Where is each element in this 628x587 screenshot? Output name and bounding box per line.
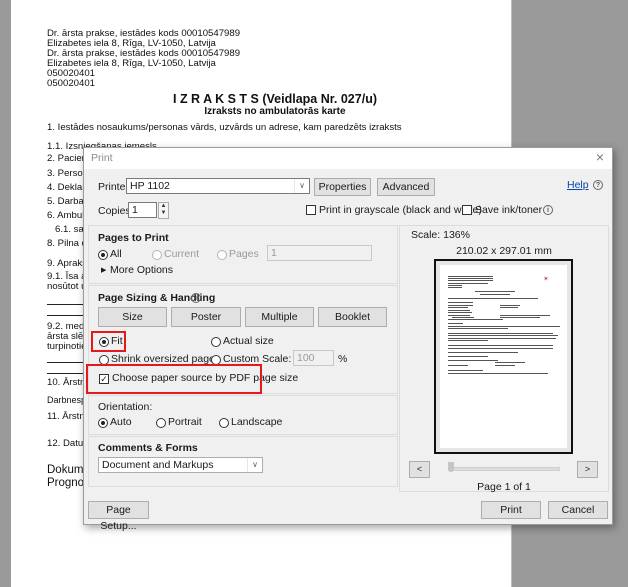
save-ink-checkbox[interactable] [462, 205, 472, 215]
more-options-toggle[interactable]: More Options [110, 264, 173, 277]
orientation-group: Orientation: Auto Portrait Landscape [88, 395, 398, 435]
preview-text-line [448, 298, 538, 299]
chevron-down-icon: ∨ [247, 458, 262, 472]
preview-text-line [448, 283, 488, 284]
paper-source-highlight [86, 364, 262, 394]
custom-scale-input[interactable]: 100 [293, 350, 334, 366]
cancel-button[interactable]: Cancel [548, 501, 608, 519]
radio-all-label: All [110, 248, 122, 261]
preview-text-line [448, 315, 470, 316]
comments-forms-select[interactable]: Document and Markups ∨ [98, 457, 263, 473]
doc-line: 8. Pilna d [47, 238, 87, 249]
preview-text-line [448, 302, 473, 303]
radio-landscape-label: Landscape [231, 416, 282, 429]
doc-line: 10. Ārstni [47, 377, 88, 388]
radio-pages-label: Pages [229, 248, 259, 261]
grayscale-checkbox[interactable] [306, 205, 316, 215]
preview-text-line [500, 305, 520, 306]
copies-spinner[interactable]: ▲▼ [158, 202, 169, 219]
page-setup-button[interactable]: Page Setup... [88, 501, 149, 519]
page-dimensions: 210.02 x 297.01 mm [400, 245, 608, 258]
preview-text-line [448, 352, 518, 353]
doc-line: 4. Deklar [47, 182, 85, 193]
comments-forms-title: Comments & Forms [98, 442, 198, 454]
preview-text-line [448, 285, 462, 286]
preview-text-line [448, 287, 462, 288]
preview-text-line [448, 323, 463, 324]
info-icon[interactable]: i [191, 293, 201, 303]
radio-current-label: Current [164, 248, 199, 261]
doc-line: 2. Pacien [47, 153, 87, 164]
pages-range-input[interactable]: 1 [267, 245, 372, 261]
scale-label: Scale: 136% [411, 229, 470, 242]
preview-text-line [448, 310, 470, 311]
booklet-button[interactable]: Booklet [318, 307, 387, 327]
page-slider-thumb[interactable] [448, 462, 454, 472]
preview-text-line [448, 348, 553, 349]
chevron-down-icon: ∨ [294, 179, 309, 193]
radio-actual-size[interactable] [211, 337, 221, 347]
page-indicator: Page 1 of 1 [400, 481, 608, 494]
preview-text-line [448, 307, 468, 308]
copies-input[interactable]: 1 [128, 202, 157, 218]
dialog-title: Print [91, 152, 113, 164]
preview-text-line [448, 328, 508, 329]
multiple-button[interactable]: Multiple [245, 307, 314, 327]
next-page-button[interactable]: > [577, 461, 598, 478]
preview-text-line [448, 360, 498, 361]
printer-value: HP 1102 [130, 180, 170, 192]
advanced-button[interactable]: Advanced [377, 178, 435, 196]
size-button[interactable]: Size [98, 307, 167, 327]
preview-text-line [448, 338, 556, 339]
comments-forms-value: Document and Markups [102, 459, 213, 471]
help-link[interactable]: Help [567, 179, 589, 192]
expand-triangle-icon[interactable]: ▶ [101, 264, 106, 277]
radio-auto[interactable] [98, 418, 108, 428]
radio-landscape[interactable] [219, 418, 229, 428]
preview-text-line [448, 370, 483, 371]
close-icon[interactable]: × [596, 149, 604, 165]
preview-text-line [448, 333, 553, 334]
pages-to-print-group: Pages to Print All Current Pages 1 ▶ Mor… [88, 225, 398, 284]
radio-portrait[interactable] [156, 418, 166, 428]
preview-text-line [480, 294, 510, 295]
doc-subtitle: Izraksts no ambulatorās karte [25, 106, 525, 117]
radio-current[interactable] [152, 250, 162, 260]
doc-line: 11. Ārstni [47, 411, 87, 422]
preview-text-line [448, 365, 468, 366]
properties-button[interactable]: Properties [314, 178, 371, 196]
preview-text-line [448, 276, 493, 277]
orientation-title: Orientation: [98, 401, 152, 414]
doc-line: turpinotie [47, 341, 86, 352]
doc-section-1: 1. Iestādes nosaukums/personas vārds, uz… [47, 122, 402, 133]
preview-text-line [500, 317, 540, 318]
preview-page: ✶ [440, 265, 567, 448]
doc-header-line: 050020401 [47, 78, 95, 89]
doc-line: 12. Datur [47, 438, 86, 449]
radio-portrait-label: Portrait [168, 416, 202, 429]
preview-text-line [500, 315, 550, 316]
preview-text-line [448, 319, 503, 320]
doc-line: 3. Persor [47, 168, 86, 179]
doc-line: 9. Apraks [47, 258, 87, 269]
preview-text-line [448, 340, 488, 341]
doc-line: nosūtot u [47, 281, 86, 292]
print-button[interactable]: Print [481, 501, 541, 519]
radio-all[interactable] [98, 250, 108, 260]
doc-title: I Z R A K S T S (Veidlapa Nr. 027/u) [25, 92, 525, 106]
preview-text-line [448, 312, 472, 313]
preview-logo-icon: ✶ [543, 275, 549, 283]
preview-text-line [452, 317, 474, 318]
preview-text-line [448, 278, 493, 279]
page-slider-track[interactable] [448, 467, 560, 471]
preview-text-line [448, 305, 473, 306]
preview-text-line [475, 291, 515, 292]
dialog-title-bar[interactable]: Print × [84, 148, 612, 169]
preview-text-line [495, 362, 525, 363]
preview-text-line [448, 345, 553, 346]
grayscale-label: Print in grayscale (black and white) [319, 204, 482, 217]
preview-text-line [500, 307, 518, 308]
comments-forms-group: Comments & Forms Document and Markups ∨ [88, 436, 398, 487]
info-icon[interactable]: i [543, 205, 553, 215]
preview-text-line [448, 373, 548, 374]
doc-line: Darbnesp [47, 395, 86, 406]
previous-page-button[interactable]: < [409, 461, 430, 478]
radio-pages[interactable] [217, 250, 227, 260]
preview-text-line [495, 365, 515, 366]
printer-select[interactable]: HP 1102 ∨ [126, 178, 310, 194]
help-question-icon[interactable]: ? [593, 180, 603, 190]
radio-auto-label: Auto [110, 416, 132, 429]
preview-text-line [448, 335, 558, 336]
pages-to-print-title: Pages to Print [98, 232, 169, 244]
poster-button[interactable]: Poster [171, 307, 241, 327]
preview-text-line [448, 280, 493, 281]
preview-text-line [448, 356, 488, 357]
save-ink-label: Save ink/toner [475, 204, 542, 217]
preview-text-line [448, 326, 560, 327]
page-preview-thumbnail: ✶ [434, 259, 573, 454]
fit-highlight [91, 331, 126, 352]
radio-actual-size-label: Actual size [223, 335, 274, 348]
percent-label: % [338, 353, 347, 366]
